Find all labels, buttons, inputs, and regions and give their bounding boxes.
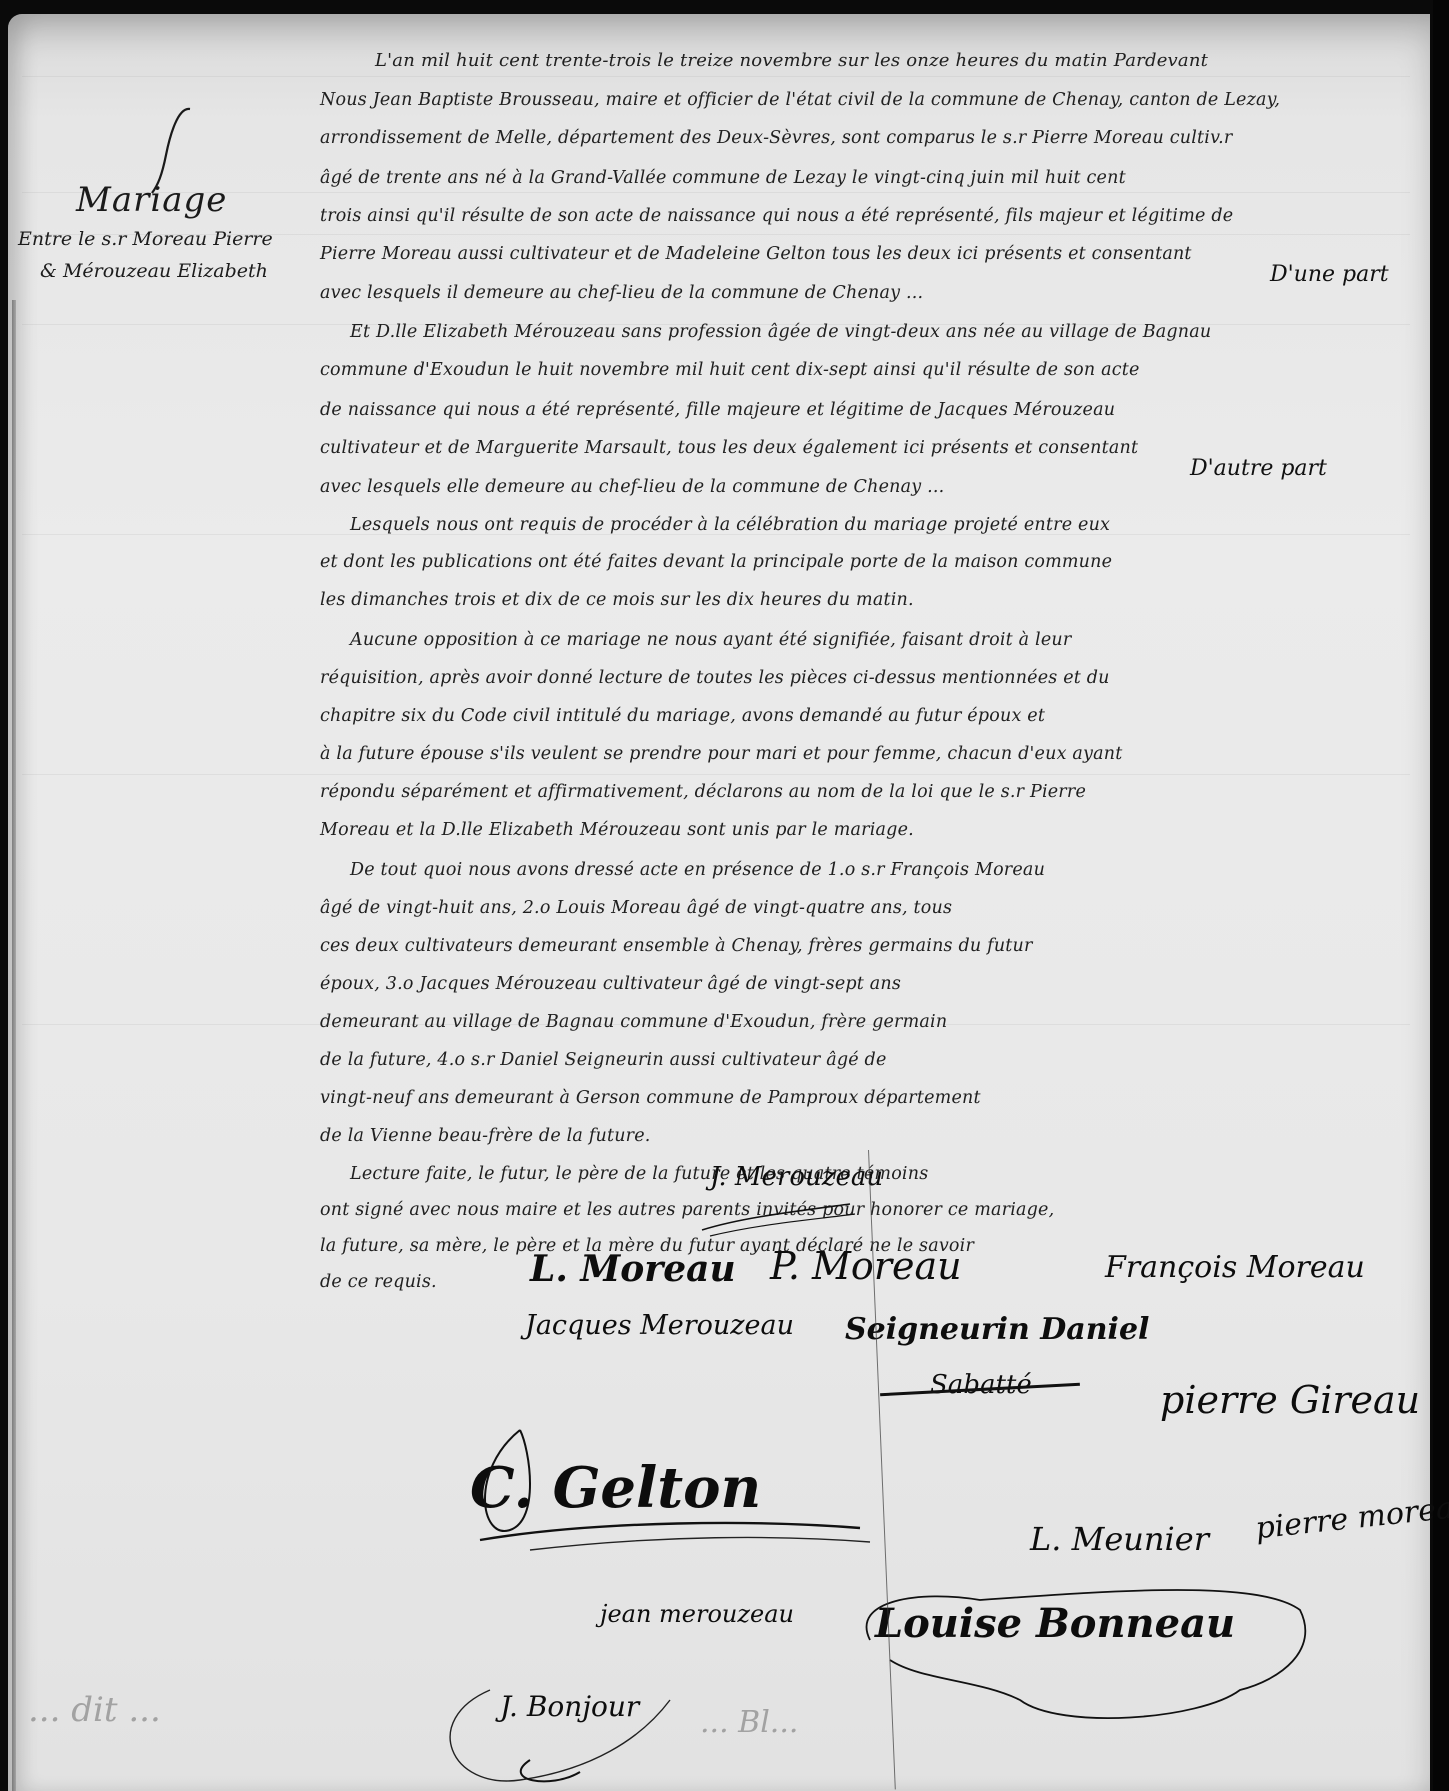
page-left-edge: [12, 300, 16, 1791]
record-line: Nous Jean Baptiste Brousseau, maire et o…: [320, 90, 1280, 110]
record-line: de ce requis.: [320, 1272, 437, 1292]
margin-bride-line: & Mérouzeau Elizabeth: [40, 260, 268, 282]
record-line: Moreau et la D.lle Elizabeth Mérouzeau s…: [320, 820, 914, 840]
record-line: demeurant au village de Bagnau commune d…: [320, 1012, 947, 1032]
record-line: avec lesquels il demeure au chef-lieu de…: [320, 283, 923, 303]
record-line: Lesquels nous ont requis de procéder à l…: [350, 515, 1110, 535]
record-line: vingt-neuf ans demeurant à Gerson commun…: [320, 1088, 981, 1108]
signature-jacques-merouzeau: Jacques Merouzeau: [525, 1310, 794, 1341]
record-line: trois ainsi qu'il résulte de son acte de…: [320, 206, 1233, 226]
record-line: Aucune opposition à ce mariage ne nous a…: [350, 630, 1071, 650]
signature-bonjour-flourish-icon: [440, 1660, 700, 1790]
record-line: ces deux cultivateurs demeurant ensemble…: [320, 936, 1033, 956]
record-line: et dont les publications ont été faites …: [320, 552, 1112, 572]
record-line: Et D.lle Elizabeth Mérouzeau sans profes…: [350, 322, 1211, 342]
record-line: chapitre six du Code civil intitulé du m…: [320, 706, 1045, 726]
signature-francois-moreau: François Moreau: [1105, 1250, 1365, 1285]
record-line: arrondissement de Melle, département des…: [320, 128, 1232, 148]
bleed-through-text: ... dit ...: [28, 1690, 161, 1730]
record-line: Pierre Moreau aussi cultivateur et de Ma…: [320, 244, 1192, 264]
label-dune-part: D'une part: [1270, 262, 1389, 287]
signature-pierre-gireau: pierre Gireau: [1160, 1378, 1420, 1422]
signature-underline-icon: [700, 1200, 860, 1240]
signature-p-moreau: P. Moreau: [770, 1244, 962, 1288]
signature-sabatte: Sabatté: [930, 1370, 1032, 1400]
record-line: réquisition, après avoir donné lecture d…: [320, 668, 1110, 688]
signature-seigneurin-daniel: Seigneurin Daniel: [845, 1312, 1149, 1347]
record-line: répondu séparément et affirmativement, d…: [320, 782, 1086, 802]
ruled-line: [22, 774, 1410, 775]
ruled-line: [22, 192, 1410, 193]
signature-jean-merouzeau: jean merouzeau: [600, 1600, 794, 1628]
record-line: à la future épouse s'ils veulent se pren…: [320, 744, 1122, 764]
record-line: L'an mil huit cent trente-trois le treiz…: [375, 50, 1208, 71]
margin-groom-line: Entre le s.r Moreau Pierre: [18, 228, 273, 250]
record-line: ont signé avec nous maire et les autres …: [320, 1200, 1054, 1220]
signature-bonneau-flourish-icon: [860, 1580, 1330, 1730]
bleed-through-text: ... Bl...: [700, 1705, 798, 1740]
signature-j-merouzeau: J. Merouzeau: [710, 1162, 883, 1192]
record-line: époux, 3.o Jacques Mérouzeau cultivateur…: [320, 974, 901, 994]
record-line: commune d'Exoudun le huit novembre mil h…: [320, 360, 1140, 380]
record-line: De tout quoi nous avons dressé acte en p…: [350, 860, 1045, 880]
record-line: âgé de vingt-huit ans, 2.o Louis Moreau …: [320, 898, 952, 918]
signature-gelton-flourish-icon: [460, 1410, 880, 1550]
record-line: avec lesquels elle demeure au chef-lieu …: [320, 477, 944, 497]
margin-title: Mariage: [76, 180, 227, 220]
signature-l-moreau: L. Moreau: [530, 1248, 736, 1290]
ruled-line: [22, 76, 1410, 77]
record-line: de la Vienne beau-frère de la future.: [320, 1126, 651, 1146]
record-line: cultivateur et de Marguerite Marsault, t…: [320, 438, 1138, 458]
record-line: de naissance qui nous a été représenté, …: [320, 400, 1115, 420]
label-dautre-part: D'autre part: [1190, 456, 1327, 481]
record-line: âgé de trente ans né à la Grand-Vallée c…: [320, 168, 1126, 188]
record-line: les dimanches trois et dix de ce mois su…: [320, 590, 914, 610]
signature-l-meunier: L. Meunier: [1030, 1520, 1209, 1558]
record-line: de la future, 4.o s.r Daniel Seigneurin …: [320, 1050, 887, 1070]
